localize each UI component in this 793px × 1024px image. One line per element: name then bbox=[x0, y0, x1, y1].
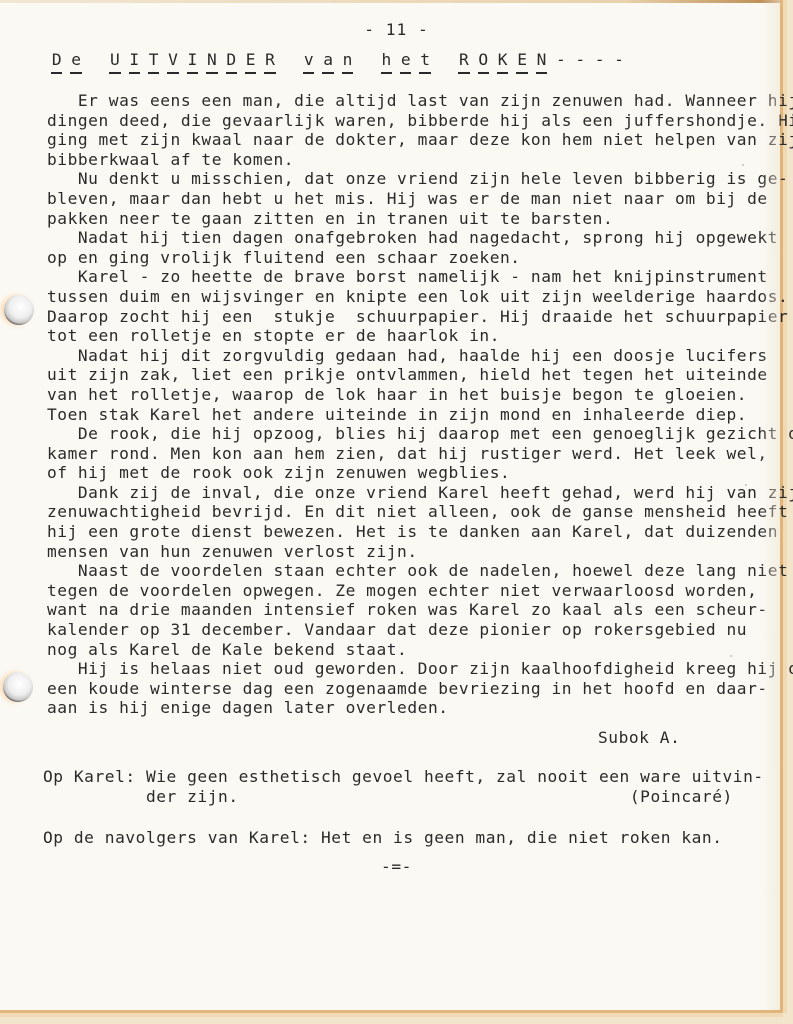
punch-hole-lower bbox=[3, 672, 33, 702]
body-line: Naast de voordelen staan echter ook de n… bbox=[47, 561, 793, 581]
body-line: zenuwachtigheid bevrijd. En dit niet all… bbox=[47, 502, 793, 522]
body-line: kalender op 31 december. Vandaar dat dez… bbox=[47, 620, 793, 640]
body-line: tegen de voordelen opwegen. Ze mogen ech… bbox=[47, 581, 793, 601]
body-line: tussen duim en wijsvinger en knipte een … bbox=[47, 287, 793, 307]
body-line: bleven, maar dan hebt u het mis. Hij was… bbox=[47, 189, 793, 209]
body-line: uit zijn zak, liet een prikje ontvlammen… bbox=[47, 365, 793, 385]
body-line: kamer rond. Men kon aan hem zien, dat hi… bbox=[47, 444, 793, 464]
paper-speck bbox=[745, 484, 747, 486]
author-signature: Subok A. bbox=[598, 728, 680, 748]
body-line: of hij met de rook ook zijn zenuwen wegb… bbox=[47, 463, 793, 483]
quote-line: Op de navolgers van Karel: Het en is gee… bbox=[43, 828, 723, 848]
quote-op-karel: Op Karel: Wie geen esthetisch gevoel hee… bbox=[43, 767, 764, 806]
body-line: dingen deed, die gevaarlijk waren, bibbe… bbox=[47, 111, 793, 131]
body-line: De rook, die hij opzoog, blies hij daaro… bbox=[47, 424, 793, 444]
punch-hole-upper bbox=[4, 295, 34, 325]
body-line: nog als Karel de Kale bekend staat. bbox=[47, 640, 793, 660]
body-line: Karel - zo heette de brave borst namelij… bbox=[47, 267, 793, 287]
body-line: Nu denkt u misschien, dat onze vriend zi… bbox=[47, 169, 793, 189]
quote-line: Op Karel: Wie geen esthetisch gevoel hee… bbox=[43, 767, 764, 787]
article-title: De UITVINDER van het ROKEN---- bbox=[47, 50, 629, 70]
body-line: van het rolletje, waarop de lok haar in … bbox=[47, 385, 793, 405]
paper-speck bbox=[730, 655, 732, 657]
body-line: een koude winterse dag een zogenaamde be… bbox=[47, 679, 793, 699]
body-line: pakken neer te gaan zitten en in tranen … bbox=[47, 209, 793, 229]
closing-mark: -=- bbox=[0, 857, 793, 877]
body-line: Daarop zocht hij een stukje schuurpapier… bbox=[47, 307, 793, 327]
paper-top-edge bbox=[0, 0, 780, 3]
body-line: aan is hij enige dagen later overleden. bbox=[47, 698, 793, 718]
page-number: - 11 - bbox=[0, 20, 793, 40]
body-line: Hij is helaas niet oud geworden. Door zi… bbox=[47, 659, 793, 679]
body-line: tot een rolletje en stopte er de haarlok… bbox=[47, 326, 793, 346]
body-line: Toen stak Karel het andere uiteinde in z… bbox=[47, 405, 793, 425]
quote-navolgers: Op de navolgers van Karel: Het en is gee… bbox=[43, 828, 723, 848]
body-line: want na drie maanden intensief roken was… bbox=[47, 600, 793, 620]
body-line: Nadat hij dit zorgvuldig gedaan had, haa… bbox=[47, 346, 793, 366]
article-body: Er was eens een man, die altijd last van… bbox=[47, 91, 793, 718]
body-line: op en ging vrolijk fluitend een schaar z… bbox=[47, 248, 793, 268]
body-line: Nadat hij tien dagen onafgebroken had na… bbox=[47, 228, 793, 248]
body-line: mensen van hun zenuwen verlost zijn. bbox=[47, 542, 793, 562]
body-line: Dank zij de inval, die onze vriend Karel… bbox=[47, 483, 793, 503]
body-line: ging met zijn kwaal naar de dokter, maar… bbox=[47, 130, 793, 150]
quote-line: der zijn. (Poincaré) bbox=[43, 787, 764, 807]
typed-page: - 11 - De UITVINDER van het ROKEN---- Er… bbox=[0, 0, 783, 1013]
body-line: Er was eens een man, die altijd last van… bbox=[47, 91, 793, 111]
paper-speck bbox=[742, 164, 744, 166]
body-line: bibberkwaal af te komen. bbox=[47, 150, 793, 170]
body-line: hij een grote dienst bewezen. Het is te … bbox=[47, 522, 793, 542]
